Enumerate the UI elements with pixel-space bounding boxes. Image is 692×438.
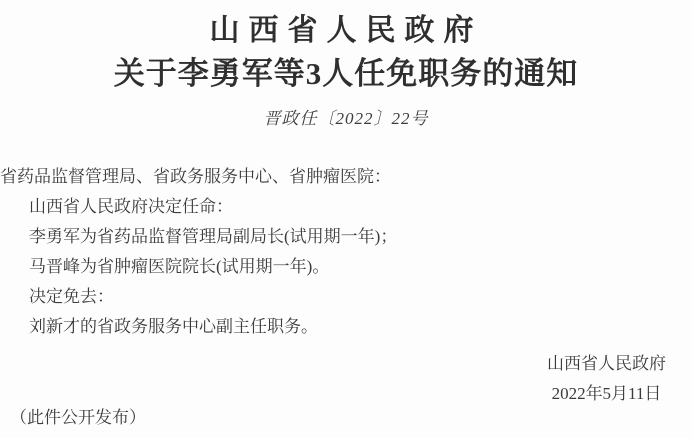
body-paragraph-removal-intro: 决定免去：	[29, 282, 692, 312]
signature-block: 山西省人民政府 2022年5月11日	[547, 349, 666, 409]
public-release-note: （此件公开发布）	[10, 406, 146, 430]
notice-body: 省药品监督管理局、省政务服务中心、省肿瘤医院： 山西省人民政府决定任命： 李勇军…	[0, 162, 692, 342]
body-paragraph-appointment-1: 李勇军为省药品监督管理局副局长(试用期一年)；	[29, 222, 692, 252]
signature-organization: 山西省人民政府	[547, 349, 666, 379]
official-notice-document: 山西省人民政府 关于李勇军等3人任免职务的通知 晋政任〔2022〕22号 省药品…	[0, 0, 692, 438]
notice-subject-title: 关于李勇军等3人任免职务的通知	[0, 55, 692, 93]
body-paragraph-removal-1: 刘新才的省政务服务中心副主任职务。	[29, 312, 692, 342]
issuing-authority-title: 山西省人民政府	[0, 0, 692, 50]
body-paragraph-appointment-2: 马晋峰为省肿瘤医院院长(试用期一年)。	[29, 252, 692, 282]
body-paragraph-appointment-intro: 山西省人民政府决定任命：	[29, 192, 692, 222]
addressee-salutation: 省药品监督管理局、省政务服务中心、省肿瘤医院：	[0, 162, 692, 192]
signature-date: 2022年5月11日	[547, 379, 666, 409]
document-reference-number: 晋政任〔2022〕22号	[0, 108, 692, 130]
